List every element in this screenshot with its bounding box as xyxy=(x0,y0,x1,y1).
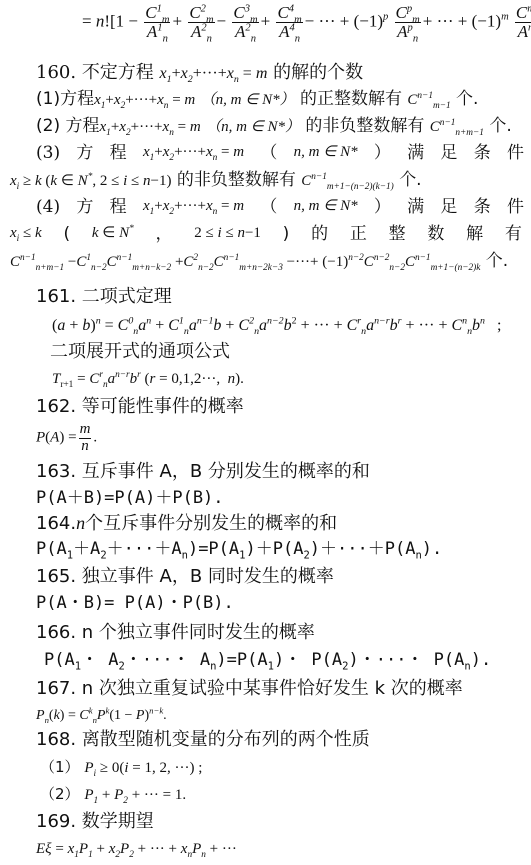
section-163-heading: 163. 互斥事件 A，B 分别发生的概率的和 xyxy=(36,463,370,481)
mutually-exclusive-sum-formula: P(A＋B)=P(A)＋P(B). xyxy=(36,490,224,507)
section-167-heading: 167. n 次独立重复试验中某事件恰好发生 k 次的概率 xyxy=(36,680,463,698)
section-162-heading: 162. 等可能性事件的概率 xyxy=(36,398,244,416)
section-164-heading: 164.n个互斥事件分别发生的概率的和 xyxy=(36,514,337,533)
section-169-heading: 169. 数学期望 xyxy=(36,813,154,831)
section-160-item-4-line-1: (4) 方 程 x1+x2+···+xn = m （ n, m ∈ N* ） 满… xyxy=(36,199,524,216)
distribution-property-2: （2） P1 + P2 + ··· = 1. xyxy=(40,787,186,803)
distribution-property-1: （1） Pi ≥ 0(i = 1, 2, ···) ; xyxy=(40,760,202,776)
section-168-heading: 168. 离散型随机变量的分布列的两个性质 xyxy=(36,731,370,749)
section-160-item-4-line-3: Cn−1n+m−1 −C1n−2Cn−1m+n−k−2 +C2n−2Cn−1m+… xyxy=(10,253,508,270)
independent-product-formula: P(A・B)= P(A)・P(B). xyxy=(36,595,234,612)
expectation-formula: Eξ = x1P1 + x2P2 + ··· + xnPn + ··· xyxy=(36,842,237,857)
binomial-theorem-formula: (a + b)n = C0nan + C1nan−1b + C2nan−2b2 … xyxy=(52,318,501,334)
binomial-probability-formula: Pn(k) = CknPk(1 − P)n−k. xyxy=(36,709,167,723)
section-160-item-3-line-1: (3) 方 程 x1+x2+···+xn = m （ n, m ∈ N* ） 满… xyxy=(36,145,524,162)
section-160-item-1: (1)方程x1+x2+···+xn = m （n, m ∈ N*） 的正整数解有… xyxy=(36,91,478,108)
section-166-heading: 166. n 个独立事件同时发生的概率 xyxy=(36,624,315,642)
section-161-heading: 161. 二项式定理 xyxy=(36,288,172,306)
section-160-heading: 160. 不定方程 x1+x2+···+xn = m 的解的个数 xyxy=(36,64,363,82)
n-independent-product-formula: P(A1・ A2・···・ An)=P(A1)・ P(A2)・···・ P(An… xyxy=(44,652,491,669)
section-165-heading: 165. 独立事件 A，B 同时发生的概率 xyxy=(36,568,334,586)
general-term-heading: 二项展开式的通项公式 xyxy=(50,343,230,361)
general-term-formula: Tr+1 = Crnan−rbr (r = 0,1,2···, n). xyxy=(52,372,244,387)
n-mutually-exclusive-sum-formula: P(A1＋A2＋···＋An)=P(A1)＋P(A2)＋···＋P(An). xyxy=(36,541,442,558)
section-160-item-3-line-2: xi ≥ k (k ∈ N*, 2 ≤ i ≤ n−1) 的非负整数解有 Cn−… xyxy=(10,172,422,189)
section-160-item-2: (2) 方程x1+x2+···+xn = m （n, m ∈ N*） 的非负整数… xyxy=(36,118,512,135)
classical-probability-formula: P(A) =mn. xyxy=(36,422,97,455)
section-160-item-4-line-2: xi ≤ k ( k ∈ N* ， 2 ≤ i ≤ n−1 ) 的 正 整 数 … xyxy=(10,226,522,243)
inclusion-exclusion-formula: = n![1 − C1mA1n+ C2mA2n− C3mA2n+ C4mA4n−… xyxy=(82,4,531,41)
